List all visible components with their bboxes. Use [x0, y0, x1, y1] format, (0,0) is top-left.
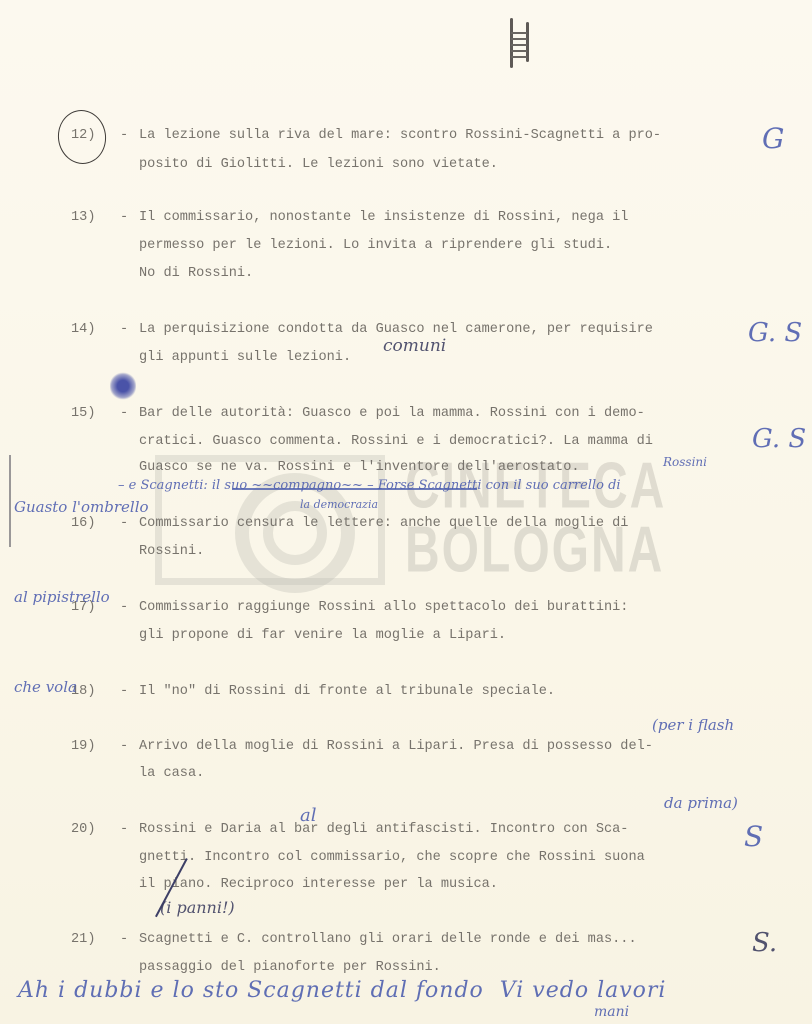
entry-line: gli appunti sulle lezioni.	[139, 350, 351, 365]
entry-number: 12)	[71, 128, 111, 143]
handwritten-margin-18: (per i flash da prima)	[652, 660, 738, 868]
entry-number: 15)	[71, 406, 111, 421]
entry-line: Il commissario, nonostante le insistenze…	[139, 210, 628, 225]
entry-line: La perquisizione condotta da Guasco nel …	[139, 322, 653, 337]
margin-note-line: Guasto l'ombrello	[14, 492, 149, 522]
entry-line: il piano. Reciproco interesse per la mus…	[139, 877, 498, 892]
entry-line: No di Rossini.	[139, 266, 253, 281]
margin-bracket-line	[9, 455, 11, 547]
entry-line: Commissario censura le lettere: anche qu…	[139, 516, 628, 531]
entry-number: 14)	[71, 322, 111, 337]
margin-note-line: che vola	[14, 672, 149, 702]
handwritten-insert-sub-15: la democrazia	[300, 498, 378, 511]
entry-line: gli propone di far venire la moglie a Li…	[139, 628, 506, 643]
margin-note-line: da prima)	[652, 790, 738, 816]
entry-dash: -	[120, 128, 128, 143]
entry-number: 20)	[71, 822, 111, 837]
entry-dash: -	[120, 932, 128, 947]
handwritten-margin-14: G. S	[748, 318, 802, 348]
margin-note-line: (per i flash	[652, 712, 738, 738]
handwritten-margin-20: S	[744, 820, 763, 853]
entry-line: passaggio del pianoforte per Rossini.	[139, 960, 441, 975]
entry-line: permesso per le lezioni. Lo invita a rip…	[139, 238, 612, 253]
handwritten-margin-15: G. S	[752, 424, 806, 454]
handwritten-correction-20: al	[300, 805, 317, 826]
margin-note-line: al pipistrello	[14, 582, 149, 612]
handwritten-inline-14: comuni	[383, 336, 446, 356]
entry-number: 13)	[71, 210, 111, 225]
entry-dash: -	[120, 822, 128, 837]
entry-line: Scagnetti e C. controllano gli orari del…	[139, 932, 637, 947]
entry-dash: -	[120, 210, 128, 225]
entry-dash: -	[120, 406, 128, 421]
handwritten-margin-12: G	[762, 122, 784, 155]
entry-line: Bar delle autorità: Guasco e poi la mamm…	[139, 406, 645, 421]
page-number-mark	[508, 18, 530, 68]
handwritten-margin-21: S.	[752, 928, 777, 958]
scribble-mark	[110, 372, 136, 400]
handwritten-footer-note: Ah i dubbi e lo sto Scagnetti dal fondo …	[18, 978, 666, 1003]
entry-line: Commissario raggiunge Rossini allo spett…	[139, 600, 628, 615]
strikethrough-line	[232, 488, 477, 490]
entry-line: Rossini.	[139, 544, 204, 559]
entry-line: la casa.	[139, 766, 204, 781]
scanned-document-page: CINETECA BOLOGNA 12) - La lezione sulla …	[0, 0, 812, 1024]
entry-line: Il "no" di Rossini di fronte al tribunal…	[139, 684, 555, 699]
entry-number: 21)	[71, 932, 111, 947]
handwritten-below-20: (i panni!)	[160, 898, 235, 917]
handwritten-footer-sub: mani	[594, 1004, 629, 1020]
entry-line: La lezione sulla riva del mare: scontro …	[139, 128, 661, 143]
entry-line: Arrivo della moglie di Rossini a Lipari.…	[139, 739, 653, 754]
entry-line: Rossini e Daria al bar degli antifascist…	[139, 822, 628, 837]
entry-line: cratici. Guasco commenta. Rossini e i de…	[139, 434, 653, 449]
entry-line: Guasco se ne va. Rossini e l'inventore d…	[139, 460, 580, 475]
entry-line: gnetti. Incontro col commissario, che sc…	[139, 850, 645, 865]
handwritten-after-15: Rossini	[663, 455, 707, 469]
handwritten-insert-15: – e Scagnetti: il suo ~~compagno~~ – For…	[118, 478, 621, 493]
entry-dash: -	[120, 322, 128, 337]
entry-line: posito di Giolitti. Le lezioni sono viet…	[139, 157, 498, 172]
